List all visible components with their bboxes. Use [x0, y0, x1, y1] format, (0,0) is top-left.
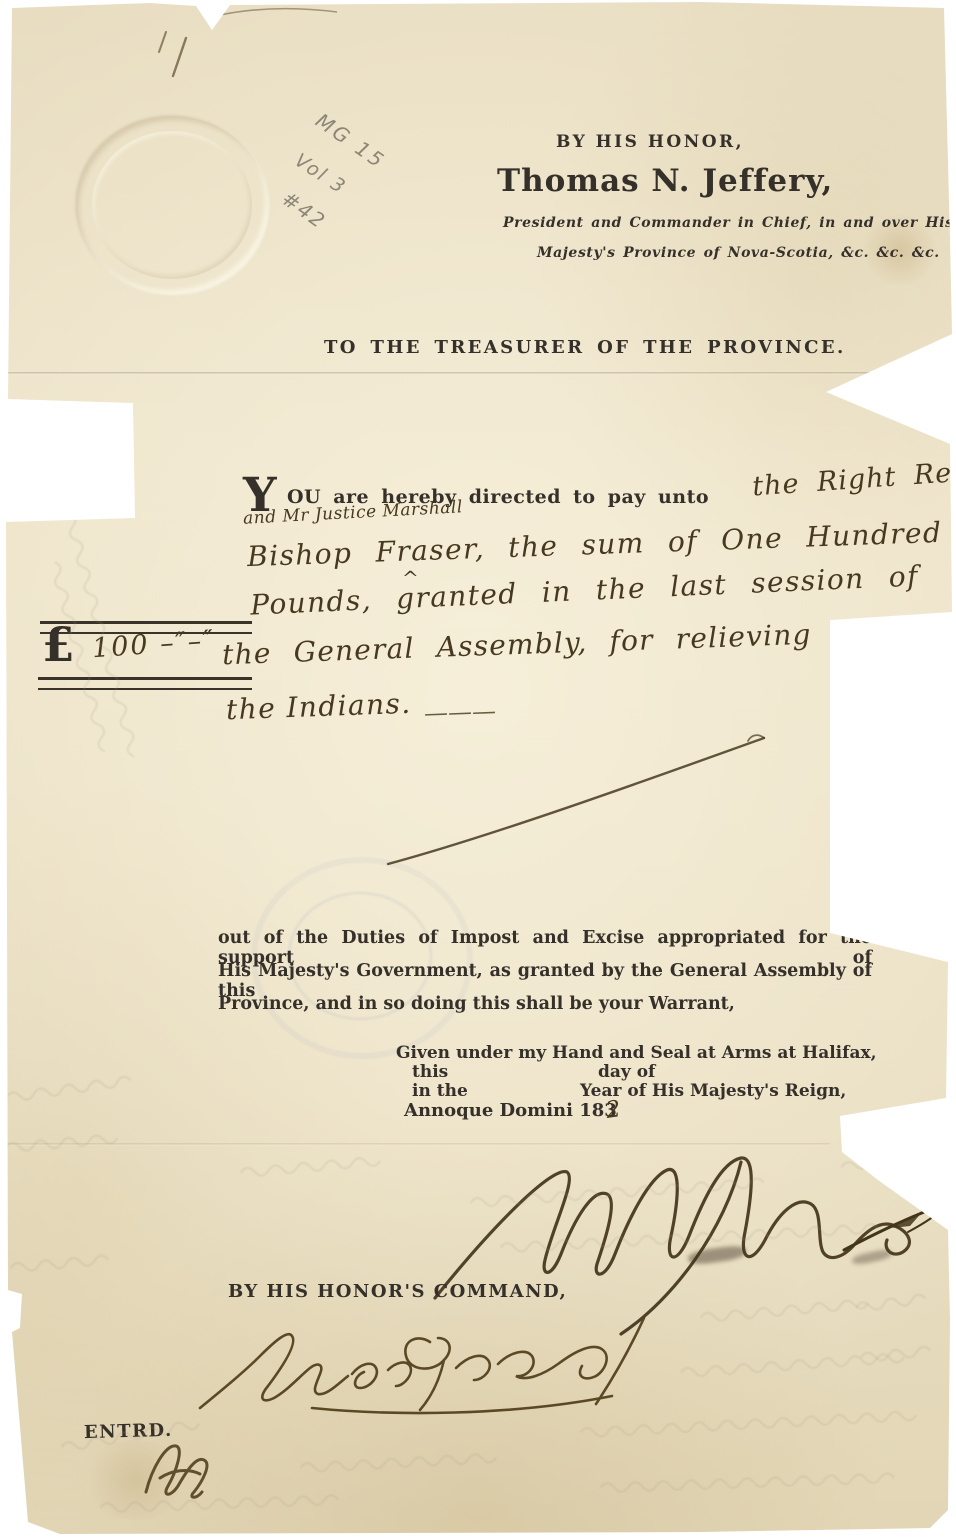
testimonium-reign-line: Year of His Majesty's Reign,	[580, 1081, 846, 1101]
scanned-warrant-document: MG 15 Vol 3 #42 BY HIS HONOR, Thomas N. …	[0, 0, 956, 1538]
header-title-line2: Majesty's Province of Nova-Scotia, &c. &…	[537, 245, 940, 261]
header-title-line1: President and Commander in Chief, in and…	[503, 215, 954, 231]
ghost-show-through-writing	[680, 1349, 911, 1383]
ghost-show-through-writing	[38, 430, 143, 763]
testimonium-anno-domini: Annoque Domini 183	[404, 1100, 617, 1121]
secretary-signature	[192, 1312, 682, 1432]
fold-crease-lower	[0, 1143, 830, 1146]
ghost-show-through-writing	[300, 1450, 501, 1478]
archival-note-line3: #42	[277, 186, 330, 233]
header-by-his-honor: BY HIS HONOR,	[556, 132, 744, 152]
pen-marks-top	[150, 26, 210, 82]
paper-sheet: MG 15 Vol 3 #42 BY HIS HONOR, Thomas N. …	[0, 0, 956, 1538]
testimonium-this-label: this	[412, 1062, 448, 1082]
clause-line3: Province, and in so doing this shall be …	[218, 994, 872, 1014]
ghost-show-through-writing	[240, 1152, 391, 1183]
testimonium-given-line: Given under my Hand and Seal at Arms at …	[396, 1043, 877, 1063]
ghost-show-through-writing	[5, 1072, 136, 1108]
header-name: Thomas N. Jeffery,	[497, 163, 833, 199]
signature-paraph	[838, 1198, 956, 1258]
handwritten-payee-line1: the Right Reverend	[751, 451, 956, 503]
amount-rule-bottom	[38, 677, 252, 690]
handwritten-line5-dash: ———	[424, 697, 497, 727]
embossed-seal	[76, 116, 268, 294]
ghost-show-through-writing	[10, 1251, 111, 1278]
embossed-seal-inner-ring	[92, 131, 252, 279]
ghost-show-through-writing	[600, 1470, 900, 1498]
fold-crease-upper	[0, 372, 956, 375]
testimonium-day-of-label: day of	[598, 1062, 655, 1082]
command-line: BY HIS HONOR'S COMMAND,	[228, 1281, 567, 1302]
top-edge-crease-mark	[218, 2, 340, 20]
pound-sign: £	[42, 622, 75, 669]
anno-year-digit: 2	[604, 1096, 622, 1124]
entered-initials-mark	[132, 1434, 216, 1500]
addressee-line: TO THE TREASURER OF THE PROVINCE.	[324, 337, 846, 358]
pen-flourish-stroke	[380, 728, 775, 870]
handwritten-line5: the Indians.	[225, 687, 412, 726]
ghost-show-through-writing	[5, 1130, 126, 1158]
testimonium-in-the-label: in the	[412, 1081, 468, 1101]
ghost-show-through-writing	[860, 1342, 941, 1368]
handwritten-line4: the General Assembly, for relieving	[222, 618, 813, 672]
